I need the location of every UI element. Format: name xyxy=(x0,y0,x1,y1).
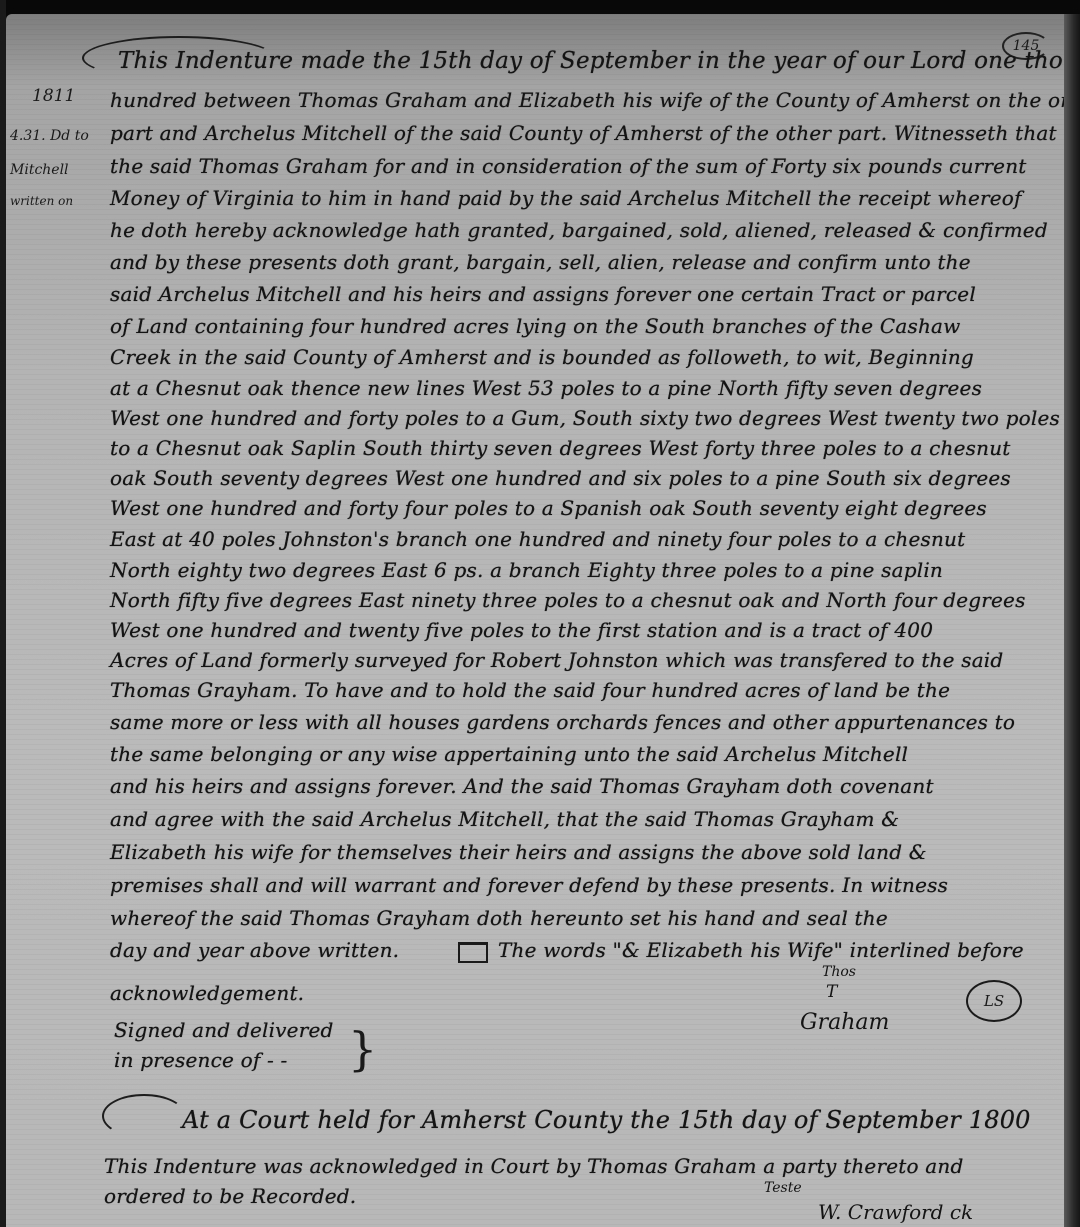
deed-line-7: and by these presents doth grant, bargai… xyxy=(110,250,971,274)
signature-given-name: Thos xyxy=(822,964,856,980)
deed-line-16: East at 40 poles Johnston's branch one h… xyxy=(110,527,965,551)
witness-brace: } xyxy=(348,1026,377,1072)
deed-line-acknowledgement: acknowledgement. xyxy=(110,981,304,1005)
deed-line-2: hundred between Thomas Graham and Elizab… xyxy=(110,88,1066,112)
witness-line-1: Signed and delivered xyxy=(114,1018,334,1042)
margin-note-year: 1811 xyxy=(32,86,75,106)
signature-surname: Graham xyxy=(800,1010,889,1035)
clerk-signature: W. Crawford ck xyxy=(818,1200,973,1224)
deed-line-17: North eighty two degrees East 6 ps. a br… xyxy=(110,558,943,582)
deed-line-25: and agree with the said Archelus Mitchel… xyxy=(110,807,899,831)
deed-line-15: West one hundred and forty four poles to… xyxy=(110,496,987,520)
deed-line-6: he doth hereby acknowledge hath granted,… xyxy=(110,218,1048,242)
deed-line-9: of Land containing four hundred acres ly… xyxy=(110,314,961,338)
deed-line-21: Thomas Grayham. To have and to hold the … xyxy=(110,678,950,702)
interlineation-note: The words "& Elizabeth his Wife" interli… xyxy=(498,938,1024,962)
deed-line-1: This Indenture made the 15th day of Sept… xyxy=(118,48,1066,74)
manuscript-page: 145 1811 4.31. Dd to Mitchell written on… xyxy=(6,14,1066,1227)
deed-line-8: said Archelus Mitchell and his heirs and… xyxy=(110,282,976,306)
deed-line-20: Acres of Land formerly surveyed for Robe… xyxy=(110,648,1003,672)
deed-line-14: oak South seventy degrees West one hundr… xyxy=(110,466,1011,490)
court-heading: At a Court held for Amherst County the 1… xyxy=(182,1106,1031,1134)
deed-line-19: West one hundred and twenty five poles t… xyxy=(110,618,933,642)
deed-line-11: at a Chesnut oak thence new lines West 5… xyxy=(110,376,982,400)
deed-line-29: day and year above written. xyxy=(110,938,399,962)
teste-label: Teste xyxy=(764,1180,802,1196)
seal-icon: LS xyxy=(966,980,1022,1022)
deed-line-4: the said Thomas Graham for and in consid… xyxy=(110,154,1027,178)
margin-note-written: written on xyxy=(10,194,73,208)
deed-line-12: West one hundred and forty poles to a Gu… xyxy=(110,406,1060,430)
deed-line-18: North fifty five degrees East ninety thr… xyxy=(110,588,1026,612)
deed-line-13: to a Chesnut oak Saplin South thirty sev… xyxy=(110,436,1011,460)
scan-right-gutter xyxy=(1064,14,1080,1227)
deed-line-27: premises shall and will warrant and fore… xyxy=(110,873,948,897)
signature-mark: T xyxy=(826,982,837,1002)
pointing-hand-mark-icon xyxy=(458,942,488,963)
deed-line-23: the same belonging or any wise appertain… xyxy=(110,742,908,766)
deed-line-5: Money of Virginia to him in hand paid by… xyxy=(110,186,1022,210)
court-flourish xyxy=(102,1094,186,1138)
deed-line-3: part and Archelus Mitchell of the said C… xyxy=(110,121,1057,145)
court-line-2: ordered to be Recorded. xyxy=(104,1184,356,1208)
margin-note-delivered: 4.31. Dd to xyxy=(10,128,89,144)
deed-line-28: whereof the said Thomas Grayham doth her… xyxy=(110,906,888,930)
margin-note-name: Mitchell xyxy=(10,162,69,178)
court-line-1: This Indenture was acknowledged in Court… xyxy=(104,1154,963,1178)
deed-line-22: same more or less with all houses garden… xyxy=(110,710,1015,734)
witness-line-2: in presence of - - xyxy=(114,1048,287,1072)
deed-line-24: and his heirs and assigns forever. And t… xyxy=(110,774,934,798)
deed-line-10: Creek in the said County of Amherst and … xyxy=(110,345,974,369)
deed-line-26: Elizabeth his wife for themselves their … xyxy=(110,840,927,864)
